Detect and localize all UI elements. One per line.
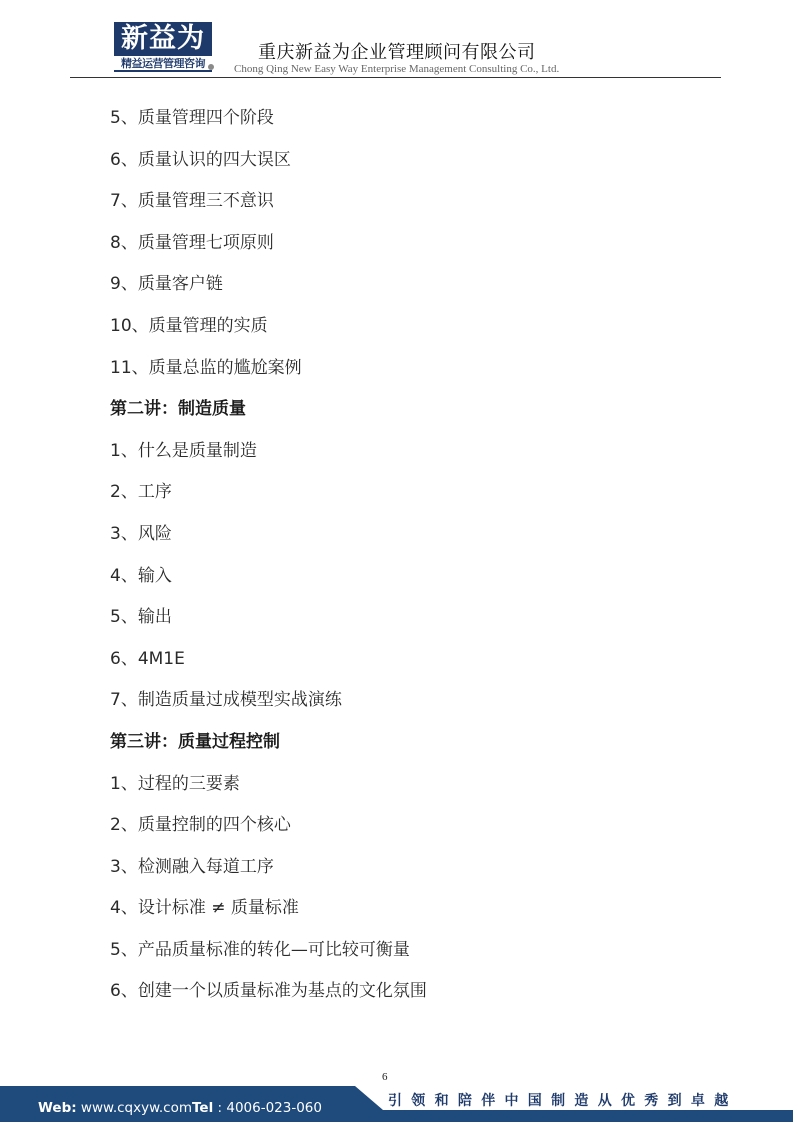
tel-label: Tel — [192, 1100, 213, 1116]
outline-item: 3、检测融入每道工序 — [110, 851, 710, 893]
logo-dot-icon — [208, 64, 214, 70]
outline-item: 5、产品质量标准的转化—可比较可衡量 — [110, 934, 710, 976]
web-url: www.cqxyw.com — [77, 1100, 192, 1116]
course-outline: 5、质量管理四个阶段 6、质量认识的四大误区 7、质量管理三不意识 8、质量管理… — [110, 102, 710, 1017]
outline-item: 10、质量管理的实质 — [110, 310, 710, 352]
outline-item: 9、质量客户链 — [110, 268, 710, 310]
outline-item: 5、质量管理四个阶段 — [110, 102, 710, 144]
outline-item: 11、质量总监的尴尬案例 — [110, 352, 710, 394]
outline-item: 6、质量认识的四大误区 — [110, 144, 710, 186]
outline-item: 7、质量管理三不意识 — [110, 185, 710, 227]
logo-main-text: 新益为 — [114, 22, 212, 56]
section-heading: 第三讲：质量过程控制 — [110, 726, 710, 768]
outline-item: 6、创建一个以质量标准为基点的文化氛围 — [110, 975, 710, 1017]
footer-slogan: 引领和陪伴中国制造从优秀到卓越 — [388, 1090, 738, 1110]
outline-item: 5、输出 — [110, 601, 710, 643]
company-name-en: Chong Qing New Easy Way Enterprise Manag… — [234, 63, 559, 75]
company-name-cn: 重庆新益为企业管理顾问有限公司 — [258, 38, 536, 64]
outline-item: 1、过程的三要素 — [110, 768, 710, 810]
web-label: Web: — [38, 1100, 77, 1116]
outline-item: 4、输入 — [110, 560, 710, 602]
outline-item: 8、质量管理七项原则 — [110, 227, 710, 269]
outline-item: 2、质量控制的四个核心 — [110, 809, 710, 851]
outline-item: 6、4M1E — [110, 643, 710, 685]
tel-number: : 4006-023-060 — [213, 1100, 322, 1116]
footer-contact: Web: www.cqxyw.comTel : 4006-023-060 — [38, 1100, 322, 1116]
logo-sub-text: 精益运营管理咨询 — [114, 57, 212, 72]
page-number: 6 — [382, 1071, 388, 1083]
company-logo: 新益为 精益运营管理咨询 — [114, 22, 214, 72]
outline-item: 2、工序 — [110, 476, 710, 518]
outline-item: 3、风险 — [110, 518, 710, 560]
outline-item: 4、设计标准 ≠ 质量标准 — [110, 892, 710, 934]
header-divider — [70, 77, 721, 78]
outline-item: 7、制造质量过成模型实战演练 — [110, 684, 710, 726]
section-heading: 第二讲：制造质量 — [110, 393, 710, 435]
outline-item: 1、什么是质量制造 — [110, 435, 710, 477]
